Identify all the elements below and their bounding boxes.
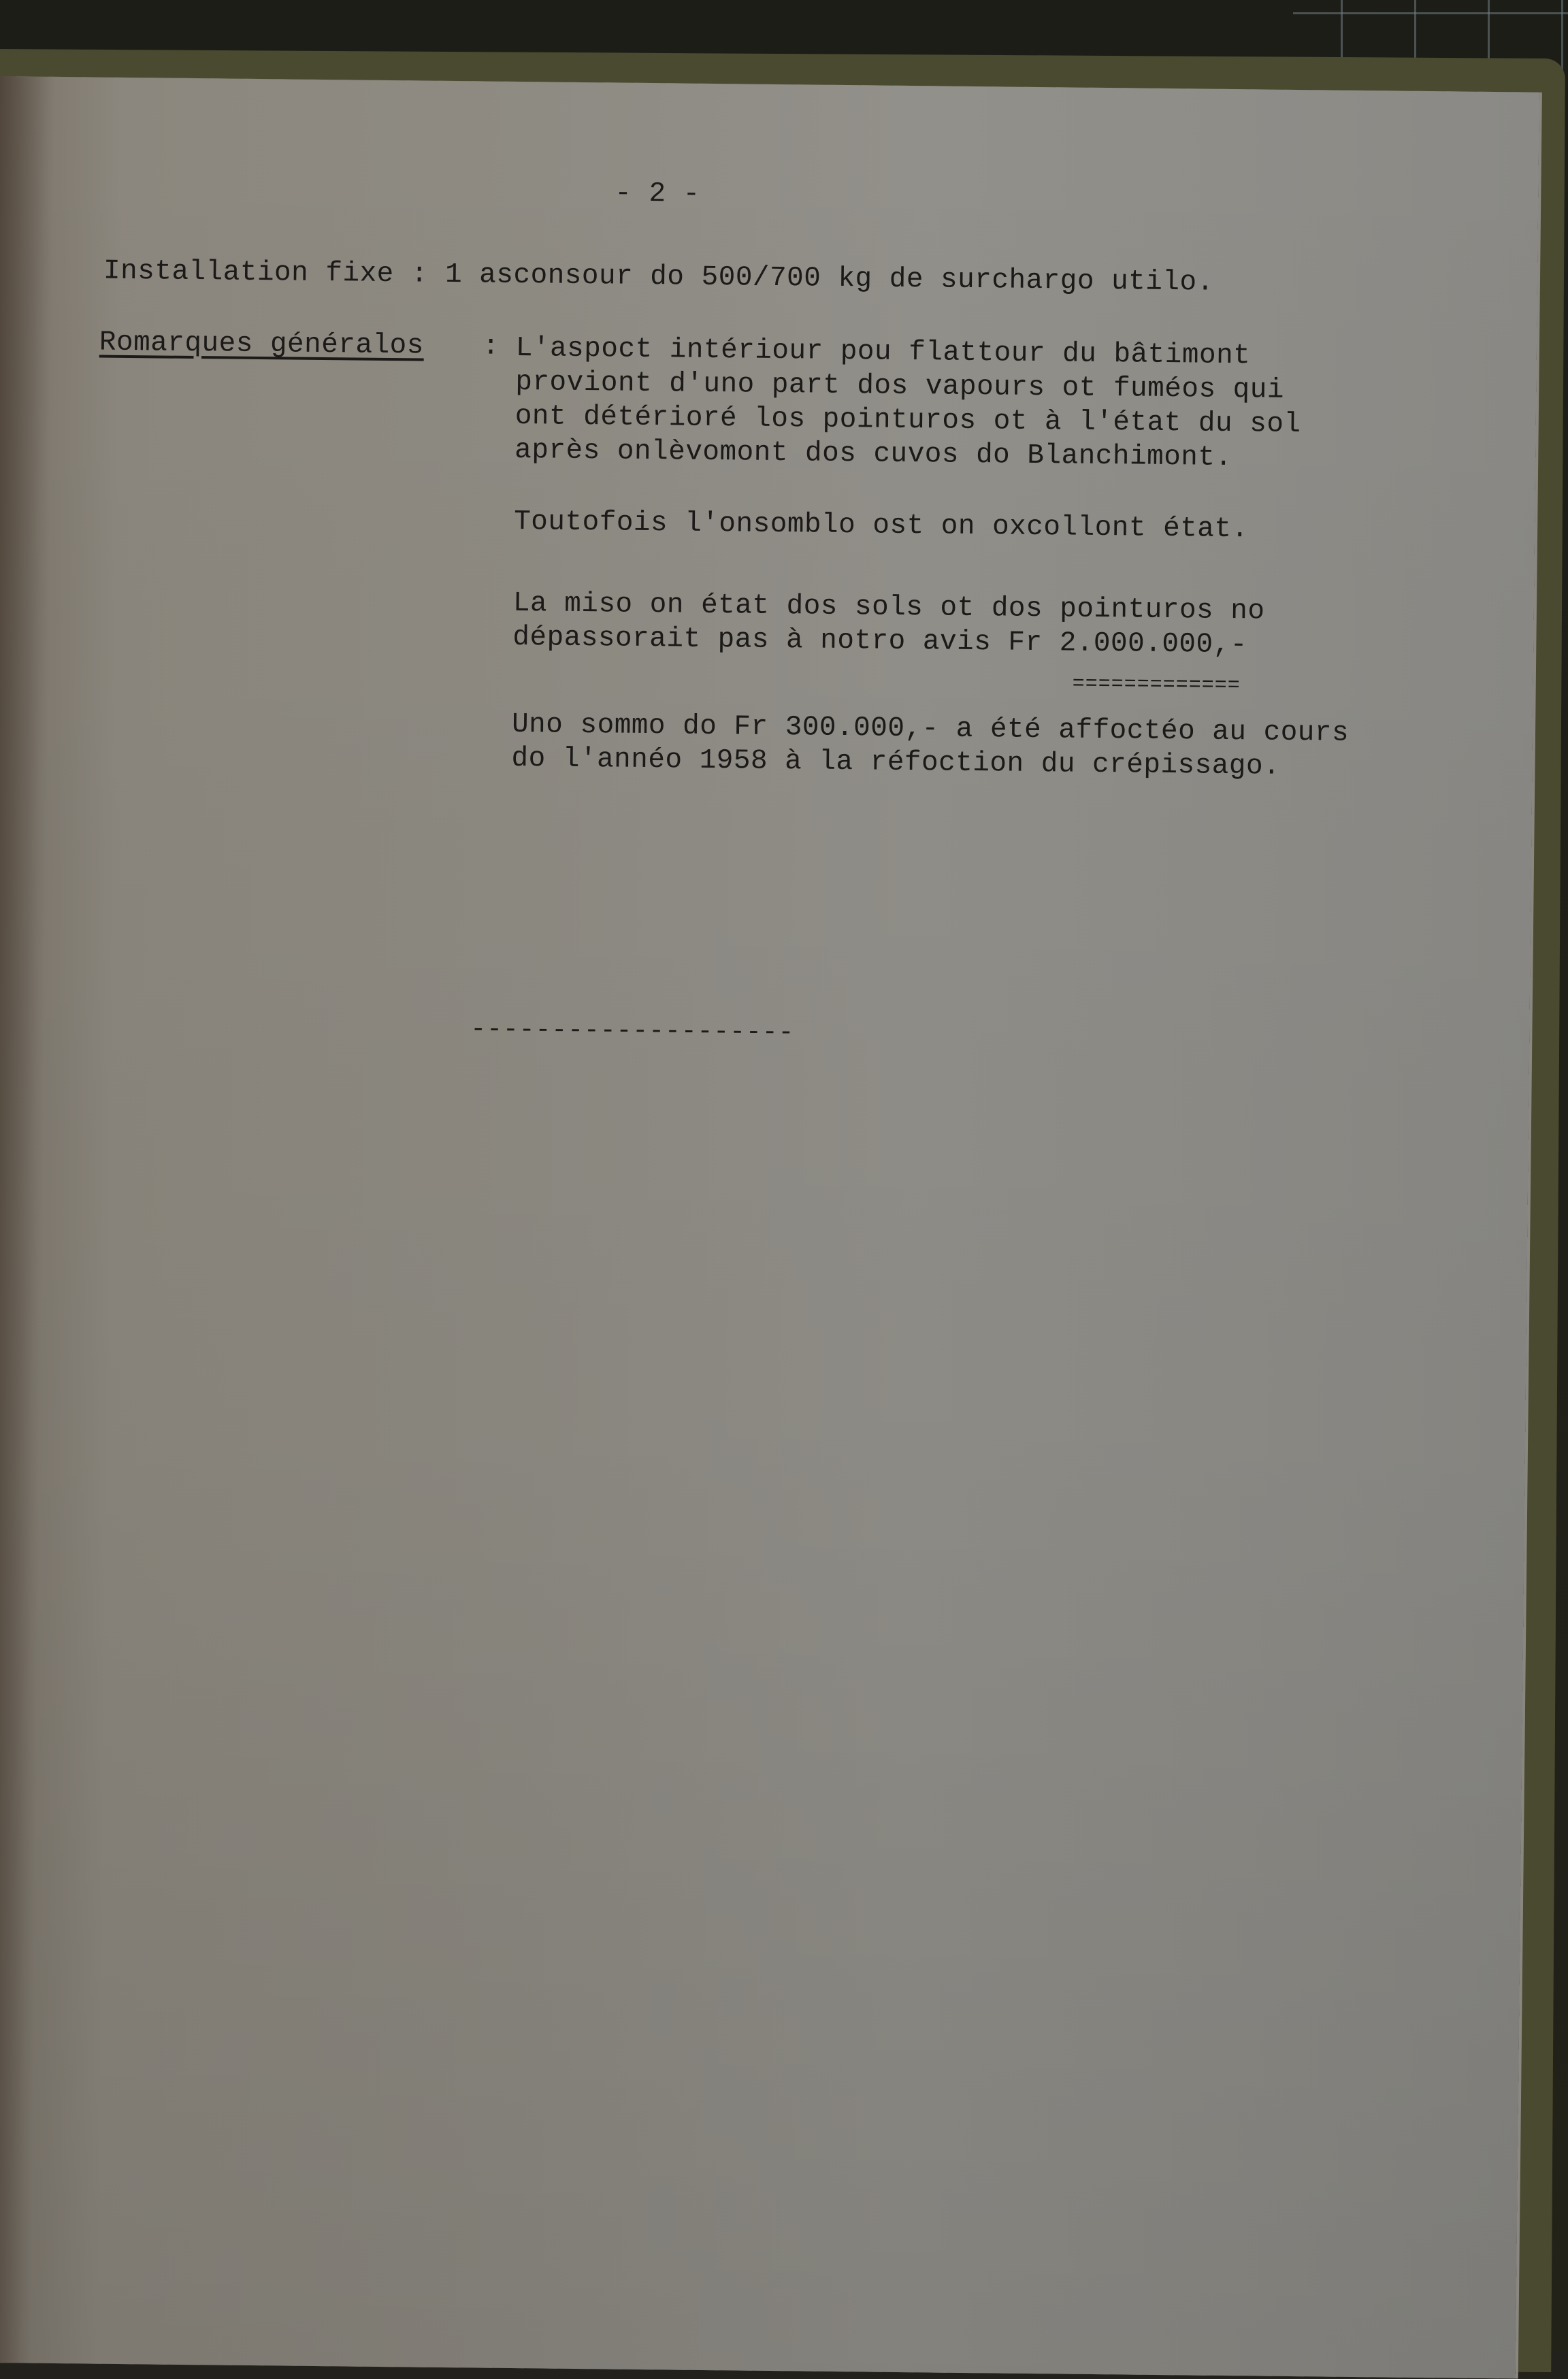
end-divider: -------------------- xyxy=(470,1015,795,1047)
document-page: - 2 - Installation fixe : 1 asconsour do… xyxy=(0,76,1539,2352)
remarks-paragraph-3: La miso on état dos sols ot dos pointuro… xyxy=(512,587,1265,663)
amount-double-underline: ============= xyxy=(1073,673,1241,698)
remarks-label: Romarques généralos xyxy=(99,327,424,362)
remarks-separator: : xyxy=(483,331,500,362)
remarks-paragraph-1: L'aspoct intériour pou flattour du bâtim… xyxy=(514,331,1302,476)
remarks-paragraph-4: Uno sommo do Fr 300.000,- a été affoctéo… xyxy=(511,708,1349,785)
page-number: - 2 - xyxy=(615,178,700,210)
